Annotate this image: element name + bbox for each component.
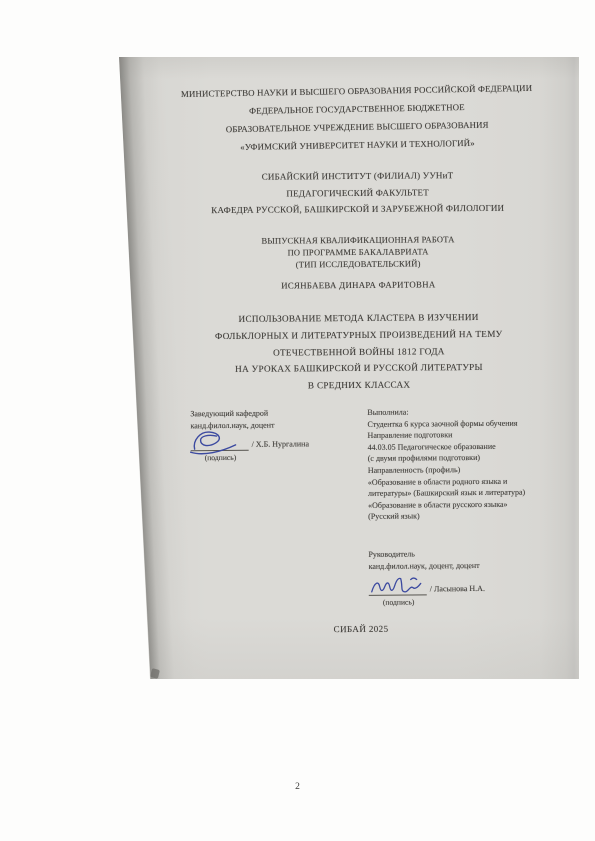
department-name: КАФЕДРА РУССКОЙ, БАШКИРСКОЙ И ЗАРУБЕЖНОЙ…: [144, 199, 572, 219]
performer-line: (Русский язык): [368, 510, 578, 523]
head-degree: канд.филол.наук, доцент: [190, 419, 355, 432]
photographed-title-page: МИНИСТЕРСТВО НАУКИ И ВЫСШЕГО ОБРАЗОВАНИЯ…: [119, 57, 579, 679]
ministry-header: МИНИСТЕРСТВО НАУКИ И ВЫСШЕГО ОБРАЗОВАНИЯ…: [142, 78, 571, 157]
supervisor-name: / Ласынова Н.А.: [430, 584, 485, 593]
supervisor-signature-line: [369, 582, 427, 596]
title-page-content: МИНИСТЕРСТВО НАУКИ И ВЫСШЕГО ОБРАЗОВАНИЯ…: [117, 55, 582, 681]
page-number: 2: [0, 782, 595, 792]
institute-block: СИБАЙСКИЙ ИНСТИТУТ (ФИЛИАЛ) УУНиТ ПЕДАГО…: [143, 166, 571, 219]
city-year: СИБАЙ 2025: [147, 622, 575, 635]
head-signature-caption: (подпись): [205, 451, 356, 464]
supervisor-signature-caption: (подпись): [383, 596, 579, 610]
work-type-block: ВЫПУСКНАЯ КВАЛИФИКАЦИОННАЯ РАБОТА ПО ПРО…: [144, 233, 572, 272]
head-signature-line: [191, 437, 249, 451]
thesis-title: ИСПОЛЬЗОВАНИЕ МЕТОДА КЛАСТЕРА В ИЗУЧЕНИИ…: [145, 308, 574, 395]
author-name: ИСЯНБАЕВА ДИНАРА ФАРИТОВНА: [144, 278, 572, 291]
supervisor-signature-row: / Ласынова Н.А.: [369, 581, 579, 598]
supervisor-degree: канд.филол.наук, доцент, доцент: [369, 559, 579, 573]
thesis-title-line: В СРЕДНИХ КЛАССАХ: [145, 375, 573, 395]
performer-block: Выполнила: Студентка 6 курса заочной фор…: [367, 405, 578, 523]
head-name: / Х.Б. Нургалина: [252, 439, 309, 448]
head-of-department-block: Заведующий кафедрой канд.филол.наук, доц…: [190, 407, 355, 464]
supervisor-block: Руководитель канд.филол.наук, доцент, до…: [368, 547, 578, 609]
head-signature-row: / Х.Б. Нургалина: [191, 436, 356, 452]
work-type-line: (ТИП ИССЛЕДОВАТЕЛЬСКИЙ): [144, 257, 572, 272]
supervisor-signature-ink-icon: [369, 575, 427, 597]
